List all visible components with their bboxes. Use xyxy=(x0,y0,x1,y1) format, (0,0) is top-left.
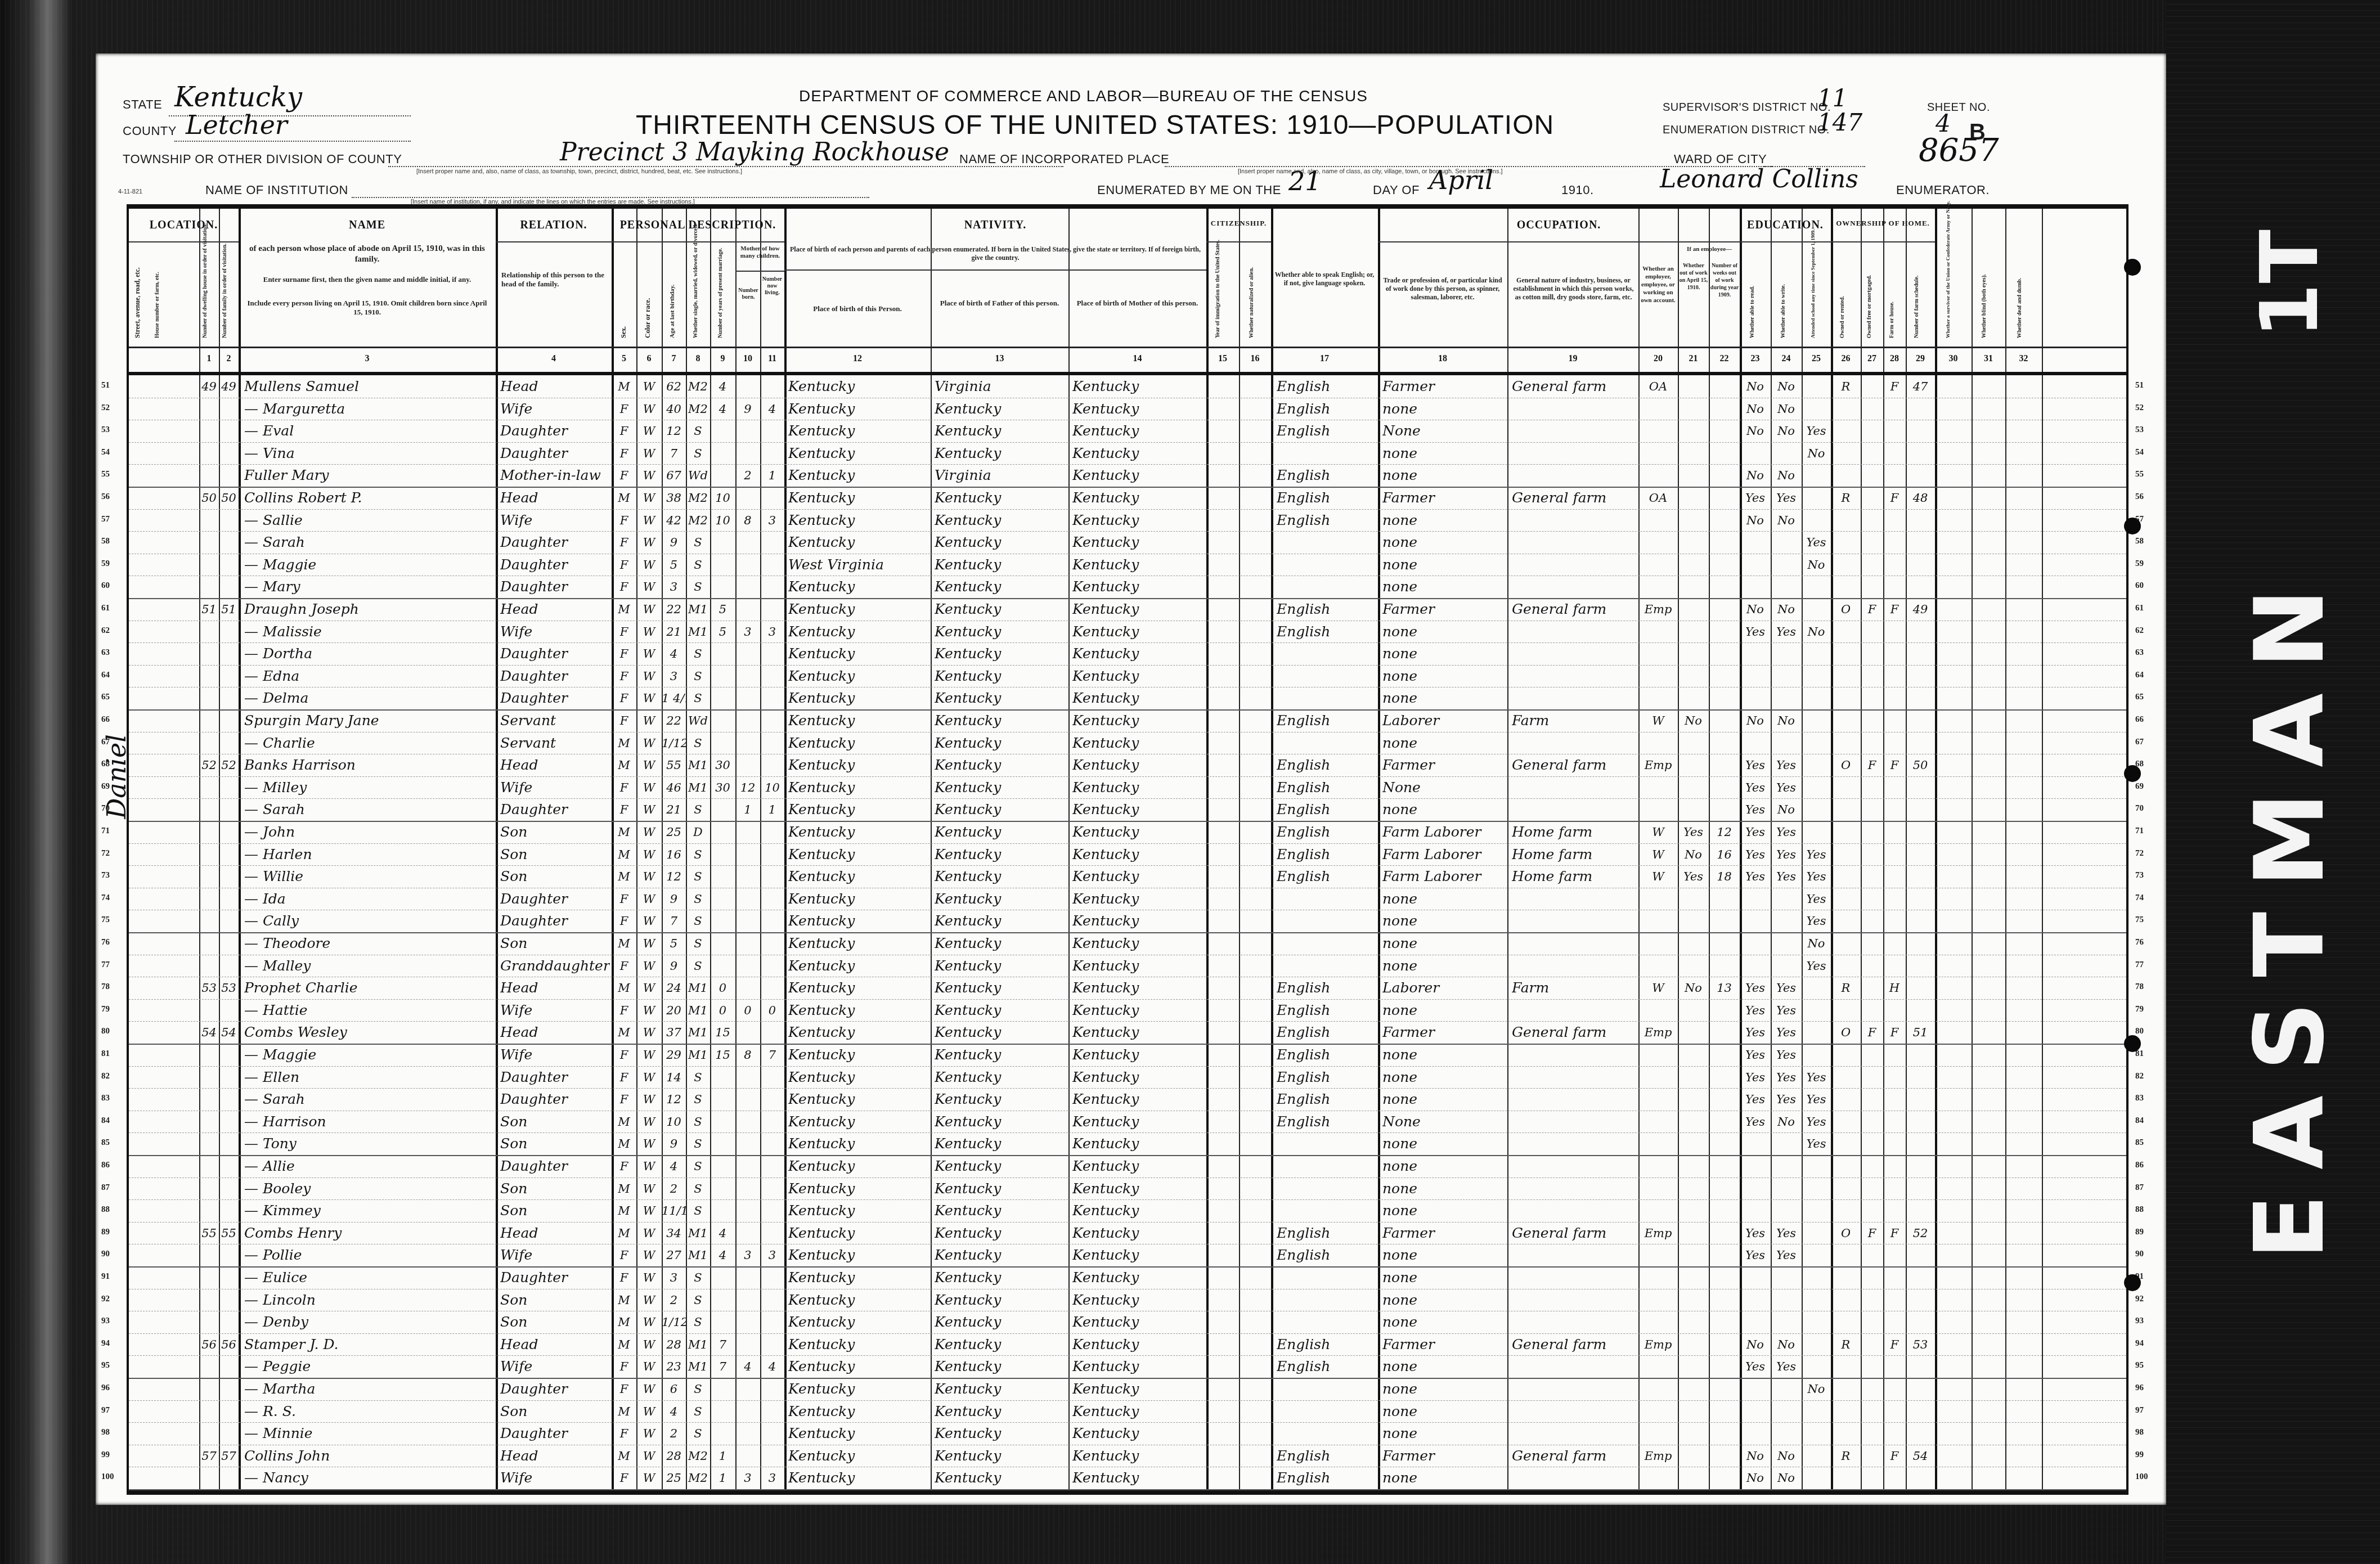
children-living-cell: 3 xyxy=(760,623,784,641)
can-read-cell: Yes xyxy=(1740,1001,1771,1019)
marital-desc: Whether single, married, widowed, or div… xyxy=(693,248,699,338)
out-of-work-cell xyxy=(1678,600,1709,618)
attended-school-cell: Yes xyxy=(1802,957,1831,975)
attended-school-cell xyxy=(1802,979,1831,997)
line-number: 74 xyxy=(2135,893,2144,903)
age-cell: 2 xyxy=(662,1424,686,1442)
person-name-cell: — Maggie xyxy=(244,556,495,574)
line-number: 76 xyxy=(101,938,110,947)
children-living-cell xyxy=(760,533,784,551)
family-number-cell xyxy=(219,1113,239,1131)
age-cell: 21 xyxy=(662,801,686,819)
read-desc: Whether able to read. xyxy=(1749,248,1755,338)
can-write-cell: Yes xyxy=(1771,779,1802,797)
sex-cell: F xyxy=(612,957,636,975)
marital-status-cell: S xyxy=(686,667,710,685)
dwelling-number-cell xyxy=(199,400,219,418)
free-mortgaged-cell xyxy=(1861,1001,1883,1019)
race-cell: W xyxy=(636,1023,662,1041)
language-cell: English xyxy=(1277,1113,1375,1131)
sex-cell: M xyxy=(612,1403,636,1421)
owned-rented-cell: R xyxy=(1831,979,1861,997)
family-number-cell xyxy=(219,400,239,418)
enumerator-name: Leonard Collins xyxy=(1660,165,1858,194)
farm-house-cell: F xyxy=(1883,756,1906,774)
birthplace-person-cell: Kentucky xyxy=(788,1090,929,1108)
free-mortgaged-cell xyxy=(1861,645,1883,663)
birthplace-father-cell: Kentucky xyxy=(935,1358,1067,1376)
can-read-cell: Yes xyxy=(1740,756,1771,774)
name-desc-3: Include every person living on April 15,… xyxy=(244,299,490,317)
birthplace-mother-cell: Kentucky xyxy=(1072,1358,1205,1376)
occupation-industry-cell: General farm xyxy=(1512,1447,1637,1465)
ward-label: WARD OF CITY xyxy=(1674,152,1767,167)
children-born-cell: 1 xyxy=(735,801,760,819)
relation-cell: Head xyxy=(500,1224,610,1242)
weeks-out-cell xyxy=(1709,533,1740,551)
owned-rented-cell xyxy=(1831,1046,1861,1064)
children-born-cell xyxy=(735,1090,760,1108)
line-number: 83 xyxy=(2135,1094,2144,1103)
column-number: 30 xyxy=(1935,354,1972,364)
relation-cell: Wife xyxy=(500,1469,610,1487)
children-living-cell xyxy=(760,1157,784,1175)
out-of-work-cell: No xyxy=(1678,846,1709,864)
weeks-out-cell xyxy=(1709,1001,1740,1019)
table-row: — LincolnSonMW2SKentuckyKentuckyKentucky… xyxy=(129,1289,2126,1312)
occupation-industry-cell: Farm xyxy=(1512,979,1637,997)
language-cell xyxy=(1277,645,1375,663)
children-born-cell xyxy=(735,1224,760,1242)
farm-house-cell xyxy=(1883,1046,1906,1064)
table-row: 5757Collins JohnHeadMW28M21KentuckyKentu… xyxy=(129,1445,2126,1468)
children-born-cell xyxy=(735,1068,760,1086)
weeks-out-cell xyxy=(1709,1113,1740,1131)
relation-cell: Daughter xyxy=(500,890,610,908)
occupation-trade-cell: none xyxy=(1382,1090,1506,1108)
marital-status-cell: S xyxy=(686,645,710,663)
occupation-industry-cell xyxy=(1512,623,1637,641)
family-number-cell xyxy=(219,823,239,841)
weeks-out-cell xyxy=(1709,400,1740,418)
can-read-cell: Yes xyxy=(1740,1113,1771,1131)
marital-status-cell: S xyxy=(686,1068,710,1086)
out-of-work-cell xyxy=(1678,934,1709,952)
farm-house-cell xyxy=(1883,1202,1906,1220)
dwelling-number-cell: 54 xyxy=(199,1023,219,1041)
age-cell: 4 xyxy=(662,1157,686,1175)
birthplace-mother-cell: Kentucky xyxy=(1072,377,1205,396)
employer-status-cell xyxy=(1638,1246,1678,1264)
employer-status-cell xyxy=(1638,1001,1678,1019)
occupation-industry-cell xyxy=(1512,1358,1637,1376)
occupation-industry-cell xyxy=(1512,1380,1637,1398)
can-write-cell xyxy=(1771,957,1802,975)
farm-house-desc: Farm or house. xyxy=(1889,248,1895,338)
age-cell: 24 xyxy=(662,979,686,997)
line-number: 72 xyxy=(2135,849,2144,859)
birthplace-father-cell: Kentucky xyxy=(935,734,1067,752)
farm-house-cell xyxy=(1883,444,1906,462)
table-row: — PollieWifeFW27M1433KentuckyKentuckyKen… xyxy=(129,1244,2126,1268)
sex-cell: F xyxy=(612,556,636,574)
age-cell: 20 xyxy=(662,1001,686,1019)
birthplace-person-cell: Kentucky xyxy=(788,422,929,440)
can-write-cell xyxy=(1771,1135,1802,1153)
birthplace-father-cell: Kentucky xyxy=(935,934,1067,952)
line-number: 54 xyxy=(2135,448,2144,457)
can-write-cell: Yes xyxy=(1771,979,1802,997)
line-number: 59 xyxy=(2135,559,2144,569)
can-write-cell xyxy=(1771,912,1802,930)
sex-cell: F xyxy=(612,667,636,685)
out-of-work-cell xyxy=(1678,1046,1709,1064)
enumerated-label: ENUMERATED BY ME ON THE xyxy=(1097,183,1281,197)
line-number: 90 xyxy=(101,1250,110,1259)
relation-cell: Head xyxy=(500,489,610,507)
birthplace-person-cell: Kentucky xyxy=(788,1113,929,1131)
language-cell: English xyxy=(1277,801,1375,819)
can-read-cell: Yes xyxy=(1740,1046,1771,1064)
sex-cell: F xyxy=(612,422,636,440)
birthplace-father-cell: Kentucky xyxy=(935,556,1067,574)
line-number: 98 xyxy=(2135,1428,2144,1437)
deaf-desc: Whether deaf and dumb. xyxy=(2017,220,2023,338)
birthplace-mother-cell: Kentucky xyxy=(1072,868,1205,886)
family-number-cell xyxy=(219,689,239,707)
dwelling-number-cell: 51 xyxy=(199,600,219,618)
language-cell xyxy=(1277,1403,1375,1421)
marital-status-cell: S xyxy=(686,533,710,551)
weeks-out-cell xyxy=(1709,756,1740,774)
nativity-heading: NATIVITY. xyxy=(784,219,1206,232)
years-married-cell: 7 xyxy=(710,1358,735,1376)
relation-cell: Head xyxy=(500,756,610,774)
person-name-cell: — R. S. xyxy=(244,1403,495,1421)
out-of-work-cell xyxy=(1678,623,1709,641)
owned-rented-cell xyxy=(1831,734,1861,752)
person-name-cell: Collins Robert P. xyxy=(244,489,495,507)
years-married-cell xyxy=(710,1291,735,1309)
age-cell: 38 xyxy=(662,489,686,507)
dwelling-number-cell xyxy=(199,689,219,707)
attended-school-cell xyxy=(1802,645,1831,663)
relation-cell: Head xyxy=(500,979,610,997)
birthplace-person-cell: Kentucky xyxy=(788,934,929,952)
birthplace-person-cell: West Virginia xyxy=(788,556,929,574)
sex-cell: M xyxy=(612,1447,636,1465)
marital-status-cell: S xyxy=(686,1157,710,1175)
line-number: 68 xyxy=(101,759,110,769)
sex-cell: F xyxy=(612,801,636,819)
farm-schedule-cell xyxy=(1906,1068,1935,1086)
years-married-cell xyxy=(710,934,735,952)
children-born-cell xyxy=(735,979,760,997)
farm-house-cell xyxy=(1883,1380,1906,1398)
relation-cell: Daughter xyxy=(500,533,610,551)
person-name-cell: — Sarah xyxy=(244,1090,495,1108)
line-number: 88 xyxy=(101,1205,110,1215)
attended-school-cell xyxy=(1802,1202,1831,1220)
language-cell: English xyxy=(1277,756,1375,774)
race-cell: W xyxy=(636,890,662,908)
township-value: Precinct 3 Mayking Rockhouse xyxy=(560,138,949,167)
age-cell: 34 xyxy=(662,1224,686,1242)
age-cell: 9 xyxy=(662,890,686,908)
occupation-trade-cell: none xyxy=(1382,912,1506,930)
employer-status-cell xyxy=(1638,1313,1678,1331)
out-of-work-cell xyxy=(1678,912,1709,930)
occupation-industry-cell xyxy=(1512,1157,1637,1175)
farm-house-cell xyxy=(1883,779,1906,797)
language-cell xyxy=(1277,556,1375,574)
marital-status-cell: M2 xyxy=(686,377,710,396)
person-name-cell: — Edna xyxy=(244,667,495,685)
children-born-cell xyxy=(735,934,760,952)
farm-schedule-cell xyxy=(1906,1403,1935,1421)
weeks-out-cell xyxy=(1709,489,1740,507)
dwelling-number-cell xyxy=(199,779,219,797)
occupation-trade-cell: Farm Laborer xyxy=(1382,846,1506,864)
line-number: 83 xyxy=(101,1094,110,1103)
occupation-industry-cell xyxy=(1512,466,1637,484)
supervisor-label: SUPERVISOR'S DISTRICT NO. xyxy=(1663,101,1831,114)
dwelling-number-cell xyxy=(199,667,219,685)
employer-status-cell xyxy=(1638,422,1678,440)
birthplace-mother-cell: Kentucky xyxy=(1072,1068,1205,1086)
sex-cell: M xyxy=(612,1135,636,1153)
family-number-cell xyxy=(219,801,239,819)
age-cell: 3 xyxy=(662,1269,686,1287)
attended-school-cell xyxy=(1802,377,1831,396)
farm-schedule-cell xyxy=(1906,444,1935,462)
column-number: 1 xyxy=(199,354,219,364)
farm-schedule-cell xyxy=(1906,1269,1935,1287)
number-living-desc: Number now living. xyxy=(760,276,784,296)
language-cell xyxy=(1277,1135,1375,1153)
dwelling-number-cell: 50 xyxy=(199,489,219,507)
birthplace-mother-cell: Kentucky xyxy=(1072,912,1205,930)
line-number: 66 xyxy=(2135,715,2144,725)
birthplace-mother-cell: Kentucky xyxy=(1072,1380,1205,1398)
line-number: 94 xyxy=(2135,1339,2144,1349)
dwelling-number-cell: 52 xyxy=(199,756,219,774)
children-born-cell xyxy=(735,1291,760,1309)
sex-cell: M xyxy=(612,1224,636,1242)
children-living-cell xyxy=(760,1291,784,1309)
line-number: 69 xyxy=(2135,782,2144,792)
marital-status-cell: S xyxy=(686,734,710,752)
race-cell: W xyxy=(636,578,662,596)
sex-cell: F xyxy=(612,444,636,462)
children-living-cell xyxy=(760,1180,784,1198)
line-number: 55 xyxy=(101,470,110,479)
dwelling-number-cell xyxy=(199,466,219,484)
can-read-cell xyxy=(1740,1403,1771,1421)
out-of-work-cell xyxy=(1678,1180,1709,1198)
can-write-cell: Yes xyxy=(1771,823,1802,841)
language-cell xyxy=(1277,957,1375,975)
age-cell: 12 xyxy=(662,868,686,886)
can-write-cell xyxy=(1771,444,1802,462)
family-number-cell xyxy=(219,578,239,596)
language-cell: English xyxy=(1277,623,1375,641)
language-desc: Whether able to speak English; or, if no… xyxy=(1274,271,1375,287)
line-number: 57 xyxy=(101,515,110,524)
occupation-industry-cell xyxy=(1512,689,1637,707)
language-cell: English xyxy=(1277,1001,1375,1019)
race-cell: W xyxy=(636,422,662,440)
children-born-cell xyxy=(735,1157,760,1175)
dwelling-number-cell xyxy=(199,556,219,574)
attended-school-cell xyxy=(1802,1403,1831,1421)
person-name-cell: Fuller Mary xyxy=(244,466,495,484)
occupation-trade-cell: none xyxy=(1382,578,1506,596)
family-number-cell xyxy=(219,1157,239,1175)
sex-cell: F xyxy=(612,1358,636,1376)
relation-cell: Servant xyxy=(500,734,610,752)
farm-house-cell xyxy=(1883,1135,1906,1153)
free-mortgaged-cell xyxy=(1861,1380,1883,1398)
census-title: THIRTEENTH CENSUS OF THE UNITED STATES: … xyxy=(636,110,1554,141)
race-cell: W xyxy=(636,1380,662,1398)
column-number: 11 xyxy=(760,354,784,364)
employer-status-cell xyxy=(1638,1157,1678,1175)
weeks-out-cell xyxy=(1709,1068,1740,1086)
children-born-cell xyxy=(735,823,760,841)
employer-status-cell xyxy=(1638,1358,1678,1376)
age-cell: 12 xyxy=(662,422,686,440)
birthplace-person-cell: Kentucky xyxy=(788,533,929,551)
family-number-cell xyxy=(219,444,239,462)
marital-status-cell: M1 xyxy=(686,1023,710,1041)
line-number: 53 xyxy=(2135,425,2144,435)
line-number: 87 xyxy=(2135,1183,2144,1193)
birthplace-person-cell: Kentucky xyxy=(788,645,929,663)
relation-cell: Daughter xyxy=(500,689,610,707)
can-read-cell: Yes xyxy=(1740,979,1771,997)
farm-house-cell xyxy=(1883,1269,1906,1287)
person-name-cell: — Sallie xyxy=(244,511,495,529)
owned-rented-cell xyxy=(1831,623,1861,641)
occupation-trade-cell: Farmer xyxy=(1382,600,1506,618)
free-mortgaged-cell xyxy=(1861,667,1883,685)
race-cell: W xyxy=(636,1336,662,1354)
family-number-cell: 52 xyxy=(219,756,239,774)
birthplace-person-cell: Kentucky xyxy=(788,801,929,819)
line-number: 97 xyxy=(2135,1406,2144,1415)
farm-schedule-cell: 54 xyxy=(1906,1447,1935,1465)
farm-house-cell xyxy=(1883,400,1906,418)
birthplace-mother-cell: Kentucky xyxy=(1072,444,1205,462)
person-name-cell: — Mary xyxy=(244,578,495,596)
farm-schedule-cell xyxy=(1906,957,1935,975)
language-cell: English xyxy=(1277,1224,1375,1242)
children-born-cell xyxy=(735,1380,760,1398)
owned-rented-cell xyxy=(1831,1469,1861,1487)
years-married-cell xyxy=(710,1380,735,1398)
punch-hole xyxy=(2124,518,2141,534)
marital-status-cell: M2 xyxy=(686,1469,710,1487)
children-born-cell: 8 xyxy=(735,1046,760,1064)
birthplace-person-cell: Kentucky xyxy=(788,734,929,752)
supervisor-value: 11 xyxy=(1817,84,1847,112)
birthplace-mother-cell: Kentucky xyxy=(1072,779,1205,797)
race-cell: W xyxy=(636,801,662,819)
marital-status-cell: S xyxy=(686,578,710,596)
free-mortgaged-cell xyxy=(1861,489,1883,507)
farm-house-cell xyxy=(1883,1246,1906,1264)
can-write-cell xyxy=(1771,1424,1802,1442)
race-cell: W xyxy=(636,934,662,952)
person-name-cell: — Malissie xyxy=(244,623,495,641)
attended-school-cell: Yes xyxy=(1802,533,1831,551)
birthplace-mother-cell: Kentucky xyxy=(1072,1090,1205,1108)
dwelling-number-cell xyxy=(199,734,219,752)
race-cell: W xyxy=(636,846,662,864)
column-number: 31 xyxy=(1972,354,2005,364)
children-living-cell xyxy=(760,600,784,618)
person-name-cell: — Ellen xyxy=(244,1068,495,1086)
occupation-industry-cell: General farm xyxy=(1512,1023,1637,1041)
race-cell: W xyxy=(636,1202,662,1220)
can-write-cell: No xyxy=(1771,511,1802,529)
farm-house-cell: H xyxy=(1883,979,1906,997)
out-of-work-cell xyxy=(1678,1157,1709,1175)
children-born-cell: 9 xyxy=(735,400,760,418)
veteran-desc: Whether a survivor of the Union or Confe… xyxy=(1945,214,1951,338)
birth-person-desc: Place of birth of this Person. xyxy=(787,304,928,313)
occupation-industry-cell xyxy=(1512,556,1637,574)
dwelling-number-cell xyxy=(199,1269,219,1287)
punch-hole xyxy=(2124,1274,2141,1291)
family-number-cell: 57 xyxy=(219,1447,239,1465)
children-living-cell xyxy=(760,934,784,952)
birthplace-person-cell: Kentucky xyxy=(788,712,929,730)
children-born-cell xyxy=(735,667,760,685)
attended-school-cell xyxy=(1802,1157,1831,1175)
weeks-out-desc: Number of weeks out of work during year … xyxy=(1710,262,1739,299)
person-name-cell: Combs Henry xyxy=(244,1224,495,1242)
occupation-industry-cell: Home farm xyxy=(1512,868,1637,886)
marital-status-cell: S xyxy=(686,1180,710,1198)
birthplace-person-cell: Kentucky xyxy=(788,1380,929,1398)
free-mortgaged-cell xyxy=(1861,979,1883,997)
incorporated-label: NAME OF INCORPORATED PLACE xyxy=(959,152,1169,167)
free-mortgaged-cell xyxy=(1861,846,1883,864)
birthplace-person-cell: Kentucky xyxy=(788,912,929,930)
can-read-cell xyxy=(1740,533,1771,551)
farm-house-cell xyxy=(1883,1469,1906,1487)
farm-schedule-cell xyxy=(1906,1202,1935,1220)
birthplace-mother-cell: Kentucky xyxy=(1072,1113,1205,1131)
age-cell: 62 xyxy=(662,377,686,396)
employer-status-cell xyxy=(1638,1068,1678,1086)
sex-cell: F xyxy=(612,1424,636,1442)
birthplace-mother-cell: Kentucky xyxy=(1072,1135,1205,1153)
out-of-work-cell xyxy=(1678,1001,1709,1019)
children-living-cell: 1 xyxy=(760,466,784,484)
free-mortgaged-cell xyxy=(1861,779,1883,797)
family-number-cell xyxy=(219,1068,239,1086)
table-row: — KimmeySonMW11/12SKentuckyKentuckyKentu… xyxy=(129,1199,2126,1223)
children-living-cell xyxy=(760,578,784,596)
birthplace-person-cell: Kentucky xyxy=(788,1269,929,1287)
occupation-trade-cell: none xyxy=(1382,667,1506,685)
age-cell: 67 xyxy=(662,466,686,484)
race-cell: W xyxy=(636,1447,662,1465)
can-read-cell xyxy=(1740,957,1771,975)
